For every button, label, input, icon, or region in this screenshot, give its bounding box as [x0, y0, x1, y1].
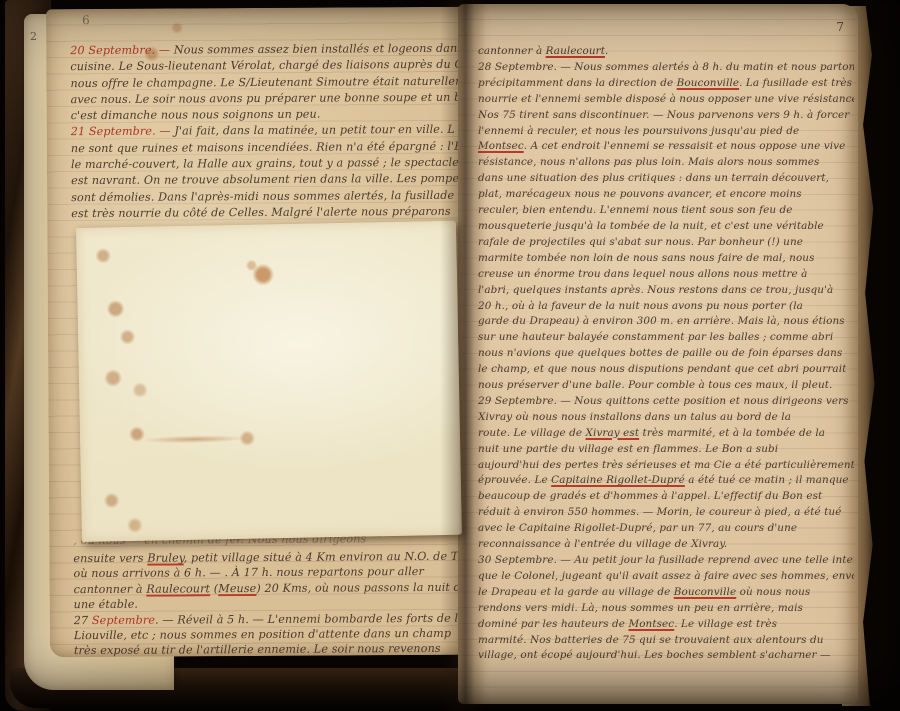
manuscript-line: creuse un énorme trou dans lequel nous a…	[478, 267, 854, 283]
manuscript-line: reculer, bien entendu. L'ennemi nous tie…	[478, 203, 854, 219]
manuscript-line: dominé par les hauteurs de Montsec. Le v…	[478, 617, 854, 633]
ink-text: nous n'avions que quelques bottes de pai…	[478, 347, 842, 359]
manuscript-line: sur une hauteur balayée constamment par …	[478, 330, 854, 346]
ink-text: route. Le village de	[478, 427, 586, 439]
ink-text: .	[605, 45, 608, 57]
ink-text: . La fusillade est très	[739, 77, 852, 89]
manuscript-line: réduit à environ 550 hommes. — Morin, le…	[478, 505, 854, 521]
ink-text: éprouvée. Le	[478, 474, 551, 486]
manuscript-line: mousqueterie jusqu'à la tombée de la nui…	[478, 219, 854, 235]
ink-text: ne sont que ruines et maisons incendiées…	[71, 139, 469, 154]
manuscript-line: dans une situation des plus critiques : …	[478, 171, 854, 187]
right-page-text: cantonner à Raulecourt.28 Septembre. — N…	[478, 44, 854, 664]
left-page-top-text: 20 Septembre. — Nous sommes assez bien i…	[70, 41, 469, 223]
ink-text: très marmité, et à la tombée de la	[639, 427, 825, 439]
ink-text: rafale de projectiles qui s'abat sur nou…	[478, 236, 803, 248]
manuscript-line: 29 Septembre. — Nous quittons cette posi…	[478, 394, 854, 410]
red-underlined-text: Montsec	[478, 140, 524, 152]
ink-text: avec le Capitaine Rigollet-Dupré, par un…	[478, 522, 797, 534]
ink-text: le Drapeau et la garde au village de	[478, 586, 674, 598]
red-underlined-text: Bouconville	[677, 77, 739, 89]
ink-text: garde du Drapeau) à environ 300 m. en ar…	[478, 315, 845, 327]
manuscript-line: est navrant. On ne trouve absolument rie…	[71, 171, 469, 190]
red-underlined-text: Raulecourt	[146, 582, 210, 595]
ink-text: (	[210, 582, 218, 595]
red-underlined-text: Raulecourt	[546, 45, 605, 57]
manuscript-line: plat, marécageux nous ne pouvons avancer…	[478, 187, 854, 203]
ink-text: sont démolies. Dans l'après-midi nous so…	[71, 188, 454, 203]
ink-text: le champ, et que nous nous disputions pe…	[478, 363, 846, 375]
manuscript-line: Xivray où nous nous installons dans un t…	[478, 410, 854, 426]
manuscript-line: nuit une partie du village est en flamme…	[478, 442, 854, 458]
ink-text: . Le village est très	[674, 618, 777, 630]
ink-text: avec nous. Le soir nous avons pu prépare…	[71, 91, 462, 106]
ink-text: , petit village situé à 4 Km environ au …	[184, 550, 472, 565]
ink-text: réduit à environ 550 hommes. — Morin, le…	[478, 506, 841, 518]
left-page-number: 6	[82, 13, 90, 27]
manuscript-line: l'abri, quelques instants après. Nous re…	[478, 283, 854, 299]
ink-text: est très nourrie du côté de Celles. Malg…	[71, 205, 451, 220]
ink-text: où nous arrivons à 6 h. — . À 17 h. nous…	[73, 565, 424, 580]
ink-text: . — Réveil à 5 h. — L'ennemi bombarde le…	[155, 611, 472, 626]
manuscript-line: marmité. Nos batteries de 75 qui se trou…	[478, 633, 854, 649]
left-page-bottom-text: ensuite vers Bruley, petit village situé…	[73, 549, 472, 659]
ink-text: aujourd'hui des pertes très sérieuses et…	[478, 459, 854, 471]
ink-text: rendons vers midi. Là, nous sommes un pe…	[478, 602, 803, 614]
manuscript-line: est très nourrie du côté de Celles. Malg…	[71, 204, 469, 223]
manuscript-line: résistance, nous n'allons pas plus loin.…	[478, 155, 854, 171]
manuscript-line: Montsec. A cet endroit l'ennemi se ressa…	[478, 139, 854, 155]
ink-text: résistance, nous n'allons pas plus loin.…	[478, 156, 820, 168]
edge-page-number: 2	[30, 30, 37, 43]
ink-text: 27	[74, 614, 92, 627]
ink-text: Nous sommes assez bien installés et loge…	[174, 42, 469, 57]
ink-text: ) 20 Kms, où nous passons la nuit da	[256, 581, 467, 595]
manuscript-line: Nos 75 tirent sans discontinuer. — Nous …	[478, 108, 854, 124]
ink-text: plat, marécageux nous ne pouvons avancer…	[478, 188, 802, 200]
manuscript-line: nourrie et l'ennemi semble disposé à nou…	[478, 92, 854, 108]
red-underlined-text: Xivray est	[586, 427, 640, 439]
ink-text: 28 Septembre. — Nous sommes alertés à 8 …	[478, 61, 854, 73]
red-ink-text: Septembre	[92, 613, 155, 626]
ink-text: Liouville, etc ; nous sommes en position…	[74, 627, 451, 642]
ink-text: où nous nous	[736, 586, 810, 598]
manuscript-line: cuisine. Le Sous-lieutenant Vérolat, cha…	[70, 57, 468, 76]
red-ink-text: 21 Septembre. —	[71, 125, 175, 139]
ink-text: cantonner à	[478, 45, 546, 57]
manuscript-line: 30 Septembre. — Au petit jour la fusilla…	[478, 553, 854, 569]
manuscript-line: éprouvée. Le Capitaine Rigollet-Dupré a …	[478, 473, 854, 489]
ink-text: dans une situation des plus critiques : …	[478, 172, 829, 184]
ink-text: marmité. Nos batteries de 75 qui se trou…	[478, 634, 823, 646]
manuscript-line: beaucoup de gradés et d'hommes à l'appel…	[478, 489, 854, 505]
red-underlined-text: Capitaine Rigollet-Dupré	[551, 474, 685, 486]
ink-text: Xivray où nous nous installons dans un t…	[478, 411, 791, 423]
ink-text: est navrant. On ne trouve absolument rie…	[71, 172, 465, 187]
ink-text: ensuite vers	[73, 552, 147, 565]
ink-text: le marché-couvert, la Halle aux grains, …	[71, 156, 459, 171]
ink-text: 29 Septembre. — Nous quittons cette posi…	[478, 395, 849, 407]
ink-text: c'est dimanche nous nous soignons un peu…	[71, 108, 321, 123]
red-underlined-text: Bruley	[147, 551, 183, 564]
ink-text: l'abri, quelques instants après. Nous re…	[478, 284, 833, 296]
ink-text: une étable.	[74, 598, 138, 611]
ink-text: reconnaissance à l'entrée du village de …	[478, 538, 727, 550]
manuscript-line: nous préserver d'une balle. Pour comble …	[478, 378, 854, 394]
ink-text: marmite tombée non loin de nous sans nou…	[478, 252, 815, 264]
manuscript-line: avec nous. Le soir nous avons pu prépare…	[71, 90, 469, 109]
ink-text: nous préserver d'une balle. Pour comble …	[478, 379, 832, 391]
loose-blank-sheet	[76, 221, 462, 542]
manuscript-line: le Drapeau et la garde au village de Bou…	[478, 585, 854, 601]
ink-text: précipitamment dans la direction de	[478, 77, 677, 89]
ink-text: . A cet endroit l'ennemi se ressaisit et…	[524, 140, 846, 152]
red-ink-text: 20 Septembre. —	[70, 44, 174, 58]
manuscript-line: 28 Septembre. — Nous sommes alertés à 8 …	[478, 60, 854, 76]
ink-text: nourrie et l'ennemi semble disposé à nou…	[478, 93, 854, 105]
manuscript-line: 20 h., où à la faveur de la nuit nous av…	[478, 299, 854, 315]
manuscript-line: aujourd'hui des pertes très sérieuses et…	[478, 458, 854, 474]
red-underlined-text: Meuse	[218, 582, 256, 595]
manuscript-line: marmite tombée non loin de nous sans nou…	[478, 251, 854, 267]
red-underlined-text: Montsec	[628, 618, 674, 630]
ink-text: nuit une partie du village est en flamme…	[478, 443, 778, 455]
ink-text: Nos 75 tirent sans discontinuer. — Nous …	[478, 109, 849, 121]
manuscript-line: route. Le village de Xivray est très mar…	[478, 426, 854, 442]
ink-text: cantonner à	[74, 583, 147, 596]
manuscript-line: que le Colonel, jugeant qu'il avait asse…	[478, 569, 854, 585]
ink-text: très exposé au tir de l'artillerie ennem…	[74, 642, 441, 657]
ink-text: 20 h., où à la faveur de la nuit nous av…	[478, 300, 803, 312]
manuscript-line: cantonner à Raulecourt.	[478, 44, 854, 60]
ink-text: a été tué ce matin ; il manque	[685, 474, 849, 486]
ink-text: creuse un énorme trou dans lequel nous a…	[478, 268, 807, 280]
ink-text: reculer, bien entendu. L'ennemi nous tie…	[478, 204, 793, 216]
red-underlined-text: Bouconville	[674, 586, 736, 598]
manuscript-line: nous n'avions que quelques bottes de pai…	[478, 346, 854, 362]
ink-text: J'ai fait, dans la matinée, un petit tou…	[174, 123, 455, 138]
manuscript-line: rendons vers midi. Là, nous sommes un pe…	[478, 601, 854, 617]
manuscript-line: reconnaissance à l'entrée du village de …	[478, 537, 854, 553]
ink-text: beaucoup de gradés et d'hommes à l'appel…	[478, 490, 822, 502]
ink-text: que le Colonel, jugeant qu'il avait asse…	[478, 570, 854, 582]
manuscript-line: très exposé au tir de l'artillerie ennem…	[74, 641, 472, 659]
right-page: 7 cantonner à Raulecourt.28 Septembre. —…	[458, 4, 858, 704]
ink-text: dominé par les hauteurs de	[478, 618, 628, 630]
manuscript-line: village, ont écopé aujourd'hui. Les boch…	[478, 648, 854, 664]
ink-text: 30 Septembre. — Au petit jour la fusilla…	[478, 554, 854, 566]
manuscript-line: précipitamment dans la direction de Bouc…	[478, 76, 854, 92]
manuscript-line: cantonner à Raulecourt (Meuse) 20 Kms, o…	[74, 580, 472, 598]
ink-text: village, ont écopé aujourd'hui. Les boch…	[478, 649, 831, 661]
manuscript-line: le champ, et que nous nous disputions pe…	[478, 362, 854, 378]
loose-sheet-stains	[76, 221, 462, 542]
ink-text: l'ennemi à reculer, et nous les poursuiv…	[478, 125, 799, 137]
ink-text: mousqueterie jusqu'à la tombée de la nui…	[478, 220, 824, 232]
manuscript-line: rafale de projectiles qui s'abat sur nou…	[478, 235, 854, 251]
ink-text: cuisine. Le Sous-lieutenant Vérolat, cha…	[70, 58, 468, 73]
journal-scan: 2 6 20 Septembre. — Nous sommes assez bi…	[0, 0, 900, 711]
ink-text: sur une hauteur balayée constamment par …	[478, 331, 833, 343]
manuscript-line: avec le Capitaine Rigollet-Dupré, par un…	[478, 521, 854, 537]
manuscript-line: garde du Drapeau) à environ 300 m. en ar…	[478, 314, 854, 330]
manuscript-line: l'ennemi à reculer, et nous les poursuiv…	[478, 124, 854, 140]
ink-text: nous offre le champagne. Le S/Lieutenant…	[70, 74, 465, 89]
right-page-number: 7	[836, 20, 844, 34]
